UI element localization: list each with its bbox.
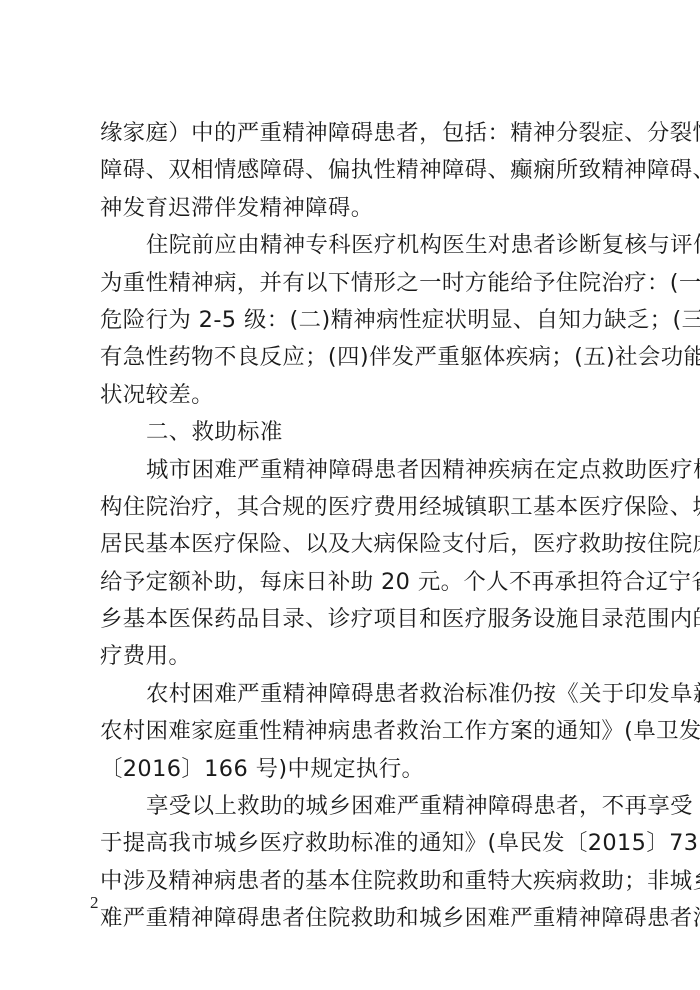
text-line: 状况较差。 (100, 377, 612, 414)
paragraph-disorder-list: 缘家庭）中的严重精神障碍患者，包括：精神分裂症、分裂情感 障碍、双相情感障碍、偏… (100, 115, 612, 227)
text-line: 乡基本医保药品目录、诊疗项目和医疗服务设施目录范围内的医 (100, 601, 612, 638)
heading-text: 二、救助标准 (100, 414, 612, 451)
text-line: 享受以上救助的城乡困难严重精神障碍患者，不再享受《关 (100, 788, 612, 825)
paragraph-rural-standard: 农村困难严重精神障碍患者救治标准仍按《关于印发阜新市 农村困难家庭重性精神病患者… (100, 676, 612, 788)
text-line: 农村困难家庭重性精神病患者救治工作方案的通知》(阜卫发 (100, 713, 612, 750)
text-line: 于提高我市城乡医疗救助标准的通知》(阜民发〔2015〕73 号) (100, 825, 612, 862)
text-line: 疗费用。 (100, 638, 612, 675)
text-line: 中涉及精神病患者的基本住院救助和重特大疾病救助；非城乡困 (100, 863, 612, 900)
text-line: 构住院治疗，其合规的医疗费用经城镇职工基本医疗保险、城镇 (100, 489, 612, 526)
section-heading: 二、救助标准 (100, 414, 612, 451)
text-line: 有急性药物不良反应；(四)伴发严重躯体疾病；(五)社会功能 (100, 339, 612, 376)
text-line: 〔2016〕166 号)中规定执行。 (100, 751, 612, 788)
paragraph-admission-criteria: 住院前应由精神专科医疗机构医生对患者诊断复核与评估 为重性精神病，并有以下情形之… (100, 227, 612, 414)
paragraph-exclusion: 享受以上救助的城乡困难严重精神障碍患者，不再享受《关 于提高我市城乡医疗救助标准… (100, 788, 612, 938)
paragraph-urban-standard: 城市困难严重精神障碍患者因精神疾病在定点救助医疗机 构住院治疗，其合规的医疗费用… (100, 452, 612, 676)
text-line: 居民基本医疗保险、以及大病保险支付后，医疗救助按住院床日 (100, 526, 612, 563)
text-line: 住院前应由精神专科医疗机构医生对患者诊断复核与评估 (100, 227, 612, 264)
text-line: 障碍、双相情感障碍、偏执性精神障碍、癫痫所致精神障碍、精 (100, 152, 612, 189)
text-line: 给予定额补助，每床日补助 20 元。个人不再承担符合辽宁省城 (100, 564, 612, 601)
document-page-body: 缘家庭）中的严重精神障碍患者，包括：精神分裂症、分裂情感 障碍、双相情感障碍、偏… (100, 115, 612, 938)
text-line: 缘家庭）中的严重精神障碍患者，包括：精神分裂症、分裂情感 (100, 115, 612, 152)
page-number: 2 (90, 893, 99, 913)
text-line: 难严重精神障碍患者住院救助和城乡困难严重精神障碍患者治 (100, 900, 612, 937)
text-line: 神发育迟滞伴发精神障碍。 (100, 190, 612, 227)
text-line: 农村困难严重精神障碍患者救治标准仍按《关于印发阜新市 (100, 676, 612, 713)
text-line: 危险行为 2-5 级：(二)精神病性症状明显、自知力缺乏；(三) (100, 302, 612, 339)
text-line: 城市困难严重精神障碍患者因精神疾病在定点救助医疗机 (100, 452, 612, 489)
text-line: 为重性精神病，并有以下情形之一时方能给予住院治疗：(一) (100, 265, 612, 302)
